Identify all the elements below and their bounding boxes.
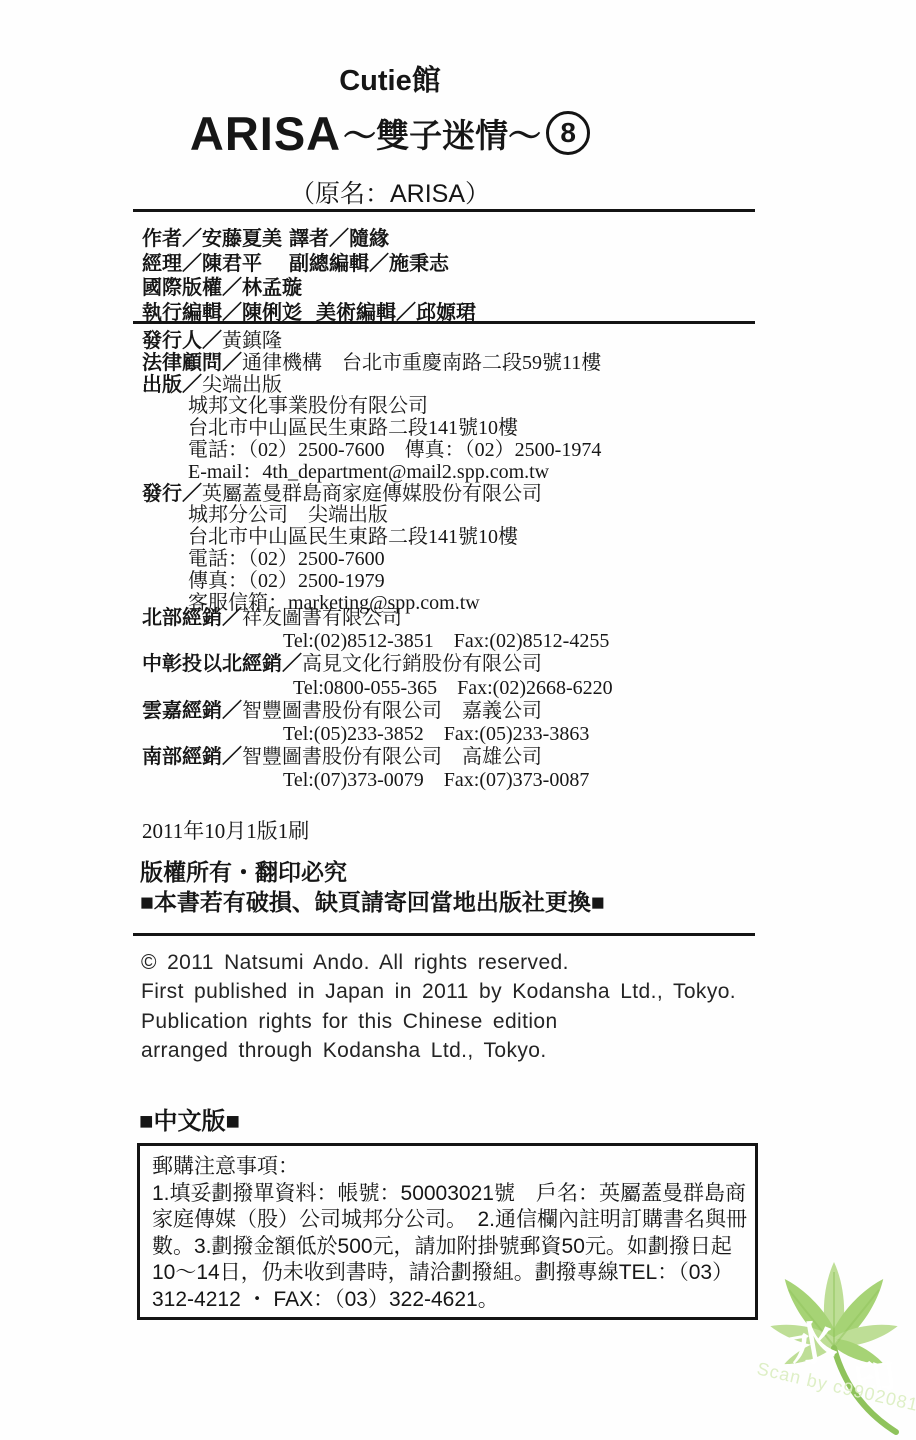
mail-order-line: 10～14日，仍未收到書時，請洽劃撥組。劃撥專線TEL：（03） xyxy=(152,1260,747,1287)
publisher-line: 法律顧問／通律機構 台北市重慶南路二段59號11樓 xyxy=(142,353,601,375)
watermark-water-char: 水 xyxy=(785,1314,839,1373)
english-copyright-line: Publication rights for this Chinese edit… xyxy=(141,1007,736,1036)
line-value: 台北市中山區民生東路二段141號10樓 xyxy=(188,417,518,439)
distributor-line: 南部經銷／智豐圖書股份有限公司 高雄公司 xyxy=(142,746,613,769)
distributor-line: Tel:0800-055-365 Fax:(02)2668-6220 xyxy=(142,677,613,700)
mail-order-title: 郵購注意事項： xyxy=(152,1154,747,1181)
distributor-line: 中彰投以北經銷／高見文化行銷股份有限公司 xyxy=(142,653,613,676)
line-value: 城邦文化事業股份有限公司 xyxy=(188,395,428,417)
line-value: 智豐圖書股份有限公司 嘉義公司 xyxy=(242,700,542,722)
credit-row: 經理／陳君平 副總編輯／施秉志 xyxy=(142,252,742,277)
english-copyright-line: First published in Japan in 2011 by Koda… xyxy=(141,977,736,1006)
english-copyright-line: arranged through Kodansha Ltd., Tokyo. xyxy=(141,1036,736,1065)
publisher-line: 發行／英屬蓋曼群島商家庭傳媒股份有限公司 xyxy=(142,484,601,506)
volume-number: 8 xyxy=(560,117,576,149)
publisher-line: 台北市中山區民生東路二段141號10樓 xyxy=(142,527,601,549)
line-value: 傳真：（02）2500-1979 xyxy=(188,570,385,592)
title-block: Cutie館 ARISA～雙子迷情～8 （原名：ARISA） xyxy=(133,64,647,210)
distributor-line: 北部經銷／祥友圖書有限公司 xyxy=(142,607,613,630)
credit-left: 國際版權／林孟璇 xyxy=(142,277,302,299)
credits-section: 作者／安藤夏美 譯者／隨緣 經理／陳君平 副總編輯／施秉志 國際版權／林孟璇 執… xyxy=(142,227,742,325)
mail-order-box: 郵購注意事項： 1.填妥劃撥單資料：帳號：50003021號 戶名：英屬蓋曼群島… xyxy=(137,1143,758,1320)
publisher-line: 傳真：（02）2500-1979 xyxy=(142,571,601,593)
divider-bottom xyxy=(133,933,755,936)
line-value: E-mail：4th_department@mail2.spp.com.tw xyxy=(188,461,549,483)
line-value: 電話：（02）2500-7600 xyxy=(188,548,385,570)
line-label: 法律顧問／ xyxy=(142,352,242,374)
distributor-section: 北部經銷／祥友圖書有限公司 Tel:(02)8512-3851 Fax:(02)… xyxy=(142,607,613,793)
publisher-section: 發行人／黃鎮隆 法律顧問／通律機構 台北市重慶南路二段59號11樓 出版／尖端出… xyxy=(142,331,601,614)
chinese-edition-label: ■中文版■ xyxy=(139,1101,240,1136)
mail-order-line: 1.填妥劃撥單資料：帳號：50003021號 戶名：英屬蓋曼群島商 xyxy=(152,1181,747,1208)
distributor-line: Tel:(05)233-3852 Fax:(05)233-3863 xyxy=(142,723,613,746)
book-title-latin: ARISA xyxy=(190,106,341,161)
distributor-line: Tel:(07)373-0079 Fax:(07)373-0087 xyxy=(142,769,613,792)
credit-row: 國際版權／林孟璇 xyxy=(142,276,742,301)
damage-replacement-line: ■本書若有破損、缺頁請寄回當地出版社更換■ xyxy=(140,887,605,917)
publisher-line: 城邦文化事業股份有限公司 xyxy=(142,396,601,418)
rights-notice: 版權所有・翻印必究 ■本書若有破損、缺頁請寄回當地出版社更換■ xyxy=(140,857,605,917)
line-value: Tel:(05)233-3852 Fax:(05)233-3863 xyxy=(283,723,589,745)
copyright-reserved-line: 版權所有・翻印必究 xyxy=(140,857,605,887)
line-value: 尖端出版 xyxy=(202,374,282,396)
credit-left: 作者／安藤夏美 xyxy=(142,228,282,250)
publisher-line: E-mail：4th_department@mail2.spp.com.tw xyxy=(142,462,601,484)
line-value: 高見文化行銷股份有限公司 xyxy=(302,653,542,675)
publisher-line: 電話：（02）2500-7600 xyxy=(142,549,601,571)
line-label: 雲嘉經銷／ xyxy=(142,700,242,722)
line-value: 祥友圖書有限公司 xyxy=(242,607,402,629)
credit-left: 經理／陳君平 xyxy=(142,253,262,275)
distributor-line: 雲嘉經銷／智豐圖書股份有限公司 嘉義公司 xyxy=(142,700,613,723)
line-value: Tel:0800-055-365 Fax:(02)2668-6220 xyxy=(293,677,613,699)
original-title: （原名：ARISA） xyxy=(133,174,647,210)
line-value: 電話：（02）2500-7600 傳真：（02）2500-1974 xyxy=(188,439,601,461)
mail-order-line: 312-4212 ・ FAX：（03）322-4621。 xyxy=(152,1287,747,1314)
publisher-line: 出版／尖端出版 xyxy=(142,375,601,397)
credit-right: 副總編輯／施秉志 xyxy=(289,252,449,277)
line-value: 黃鎮隆 xyxy=(222,330,282,352)
mail-order-line: 家庭傳媒（股）公司城邦分公司。 2.通信欄內註明訂購書名與冊 xyxy=(152,1207,747,1234)
distributor-line: Tel:(02)8512-3851 Fax:(02)8512-4255 xyxy=(142,630,613,653)
line-value: 台北市中山區民生東路二段141號10樓 xyxy=(188,526,518,548)
line-value: 通律機構 台北市重慶南路二段59號11樓 xyxy=(242,352,601,374)
line-label: 出版／ xyxy=(142,374,202,396)
line-value: Tel:(07)373-0079 Fax:(07)373-0087 xyxy=(283,769,589,791)
credit-row: 作者／安藤夏美 譯者／隨緣 xyxy=(142,227,742,252)
edition-date: 2011年10月1版1刷 xyxy=(142,815,309,845)
line-label: 北部經銷／ xyxy=(142,607,242,629)
publisher-line: 電話：（02）2500-7600 傳真：（02）2500-1974 xyxy=(142,440,601,462)
book-title-cjk: ～雙子迷情～ xyxy=(343,110,541,157)
credit-right: 譯者／隨緣 xyxy=(289,227,389,252)
line-label: 發行人／ xyxy=(142,330,222,352)
volume-badge: 8 xyxy=(546,111,590,155)
publisher-line: 城邦分公司 尖端出版 xyxy=(142,505,601,527)
publisher-line: 台北市中山區民生東路二段141號10樓 xyxy=(142,418,601,440)
english-copyright-line: © 2011 Natsumi Ando. All rights reserved… xyxy=(141,948,736,977)
line-value: 英屬蓋曼群島商家庭傳媒股份有限公司 xyxy=(202,483,542,505)
imprint-label: Cutie館 xyxy=(133,64,647,98)
line-value: 智豐圖書股份有限公司 高雄公司 xyxy=(242,746,542,768)
line-value: Tel:(02)8512-3851 Fax:(02)8512-4255 xyxy=(283,630,609,652)
book-title: ARISA～雙子迷情～8 xyxy=(133,104,647,162)
english-copyright: © 2011 Natsumi Ando. All rights reserved… xyxy=(141,948,736,1065)
colophon-page: Cutie館 ARISA～雙子迷情～8 （原名：ARISA） 作者／安藤夏美 譯… xyxy=(0,0,916,1440)
line-label: 南部經銷／ xyxy=(142,746,242,768)
line-label: 發行／ xyxy=(142,483,202,505)
divider-middle xyxy=(133,321,755,324)
watermark-leaf-icon: 水 印 Scan by c99020811 xyxy=(752,1256,916,1440)
line-label: 中彰投以北經銷／ xyxy=(142,653,302,675)
divider-top xyxy=(133,209,755,212)
line-value: 城邦分公司 尖端出版 xyxy=(188,504,388,526)
publisher-line: 發行人／黃鎮隆 xyxy=(142,331,601,353)
mail-order-line: 數。3.劃撥金額低於500元，請加附掛號郵資50元。如劃撥日起 xyxy=(152,1234,747,1261)
